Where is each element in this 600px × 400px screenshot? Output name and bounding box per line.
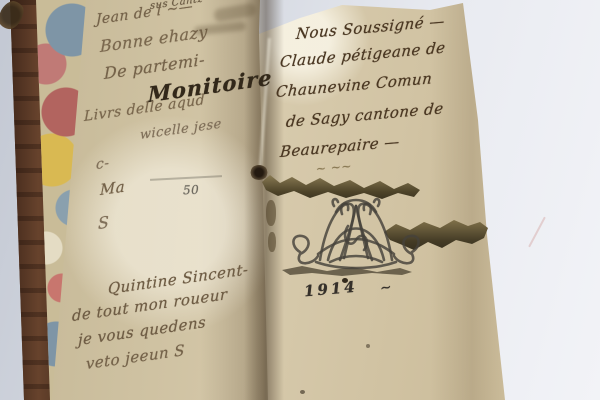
page-gutter-shadow [244, 0, 284, 400]
gutter-smudge [266, 200, 276, 226]
ink-dot [366, 344, 370, 348]
monogram-stamp-icon [286, 192, 426, 274]
ink-dot [342, 278, 348, 283]
gutter-smudge [268, 232, 276, 252]
ink-dot [300, 390, 305, 394]
monogram-stamp-graphic [286, 192, 426, 274]
photo-of-open-manuscript-book: sus Cantz Jean de l ~— Bonne ehazy De pa… [0, 0, 600, 400]
wormhole-mark [250, 165, 268, 180]
